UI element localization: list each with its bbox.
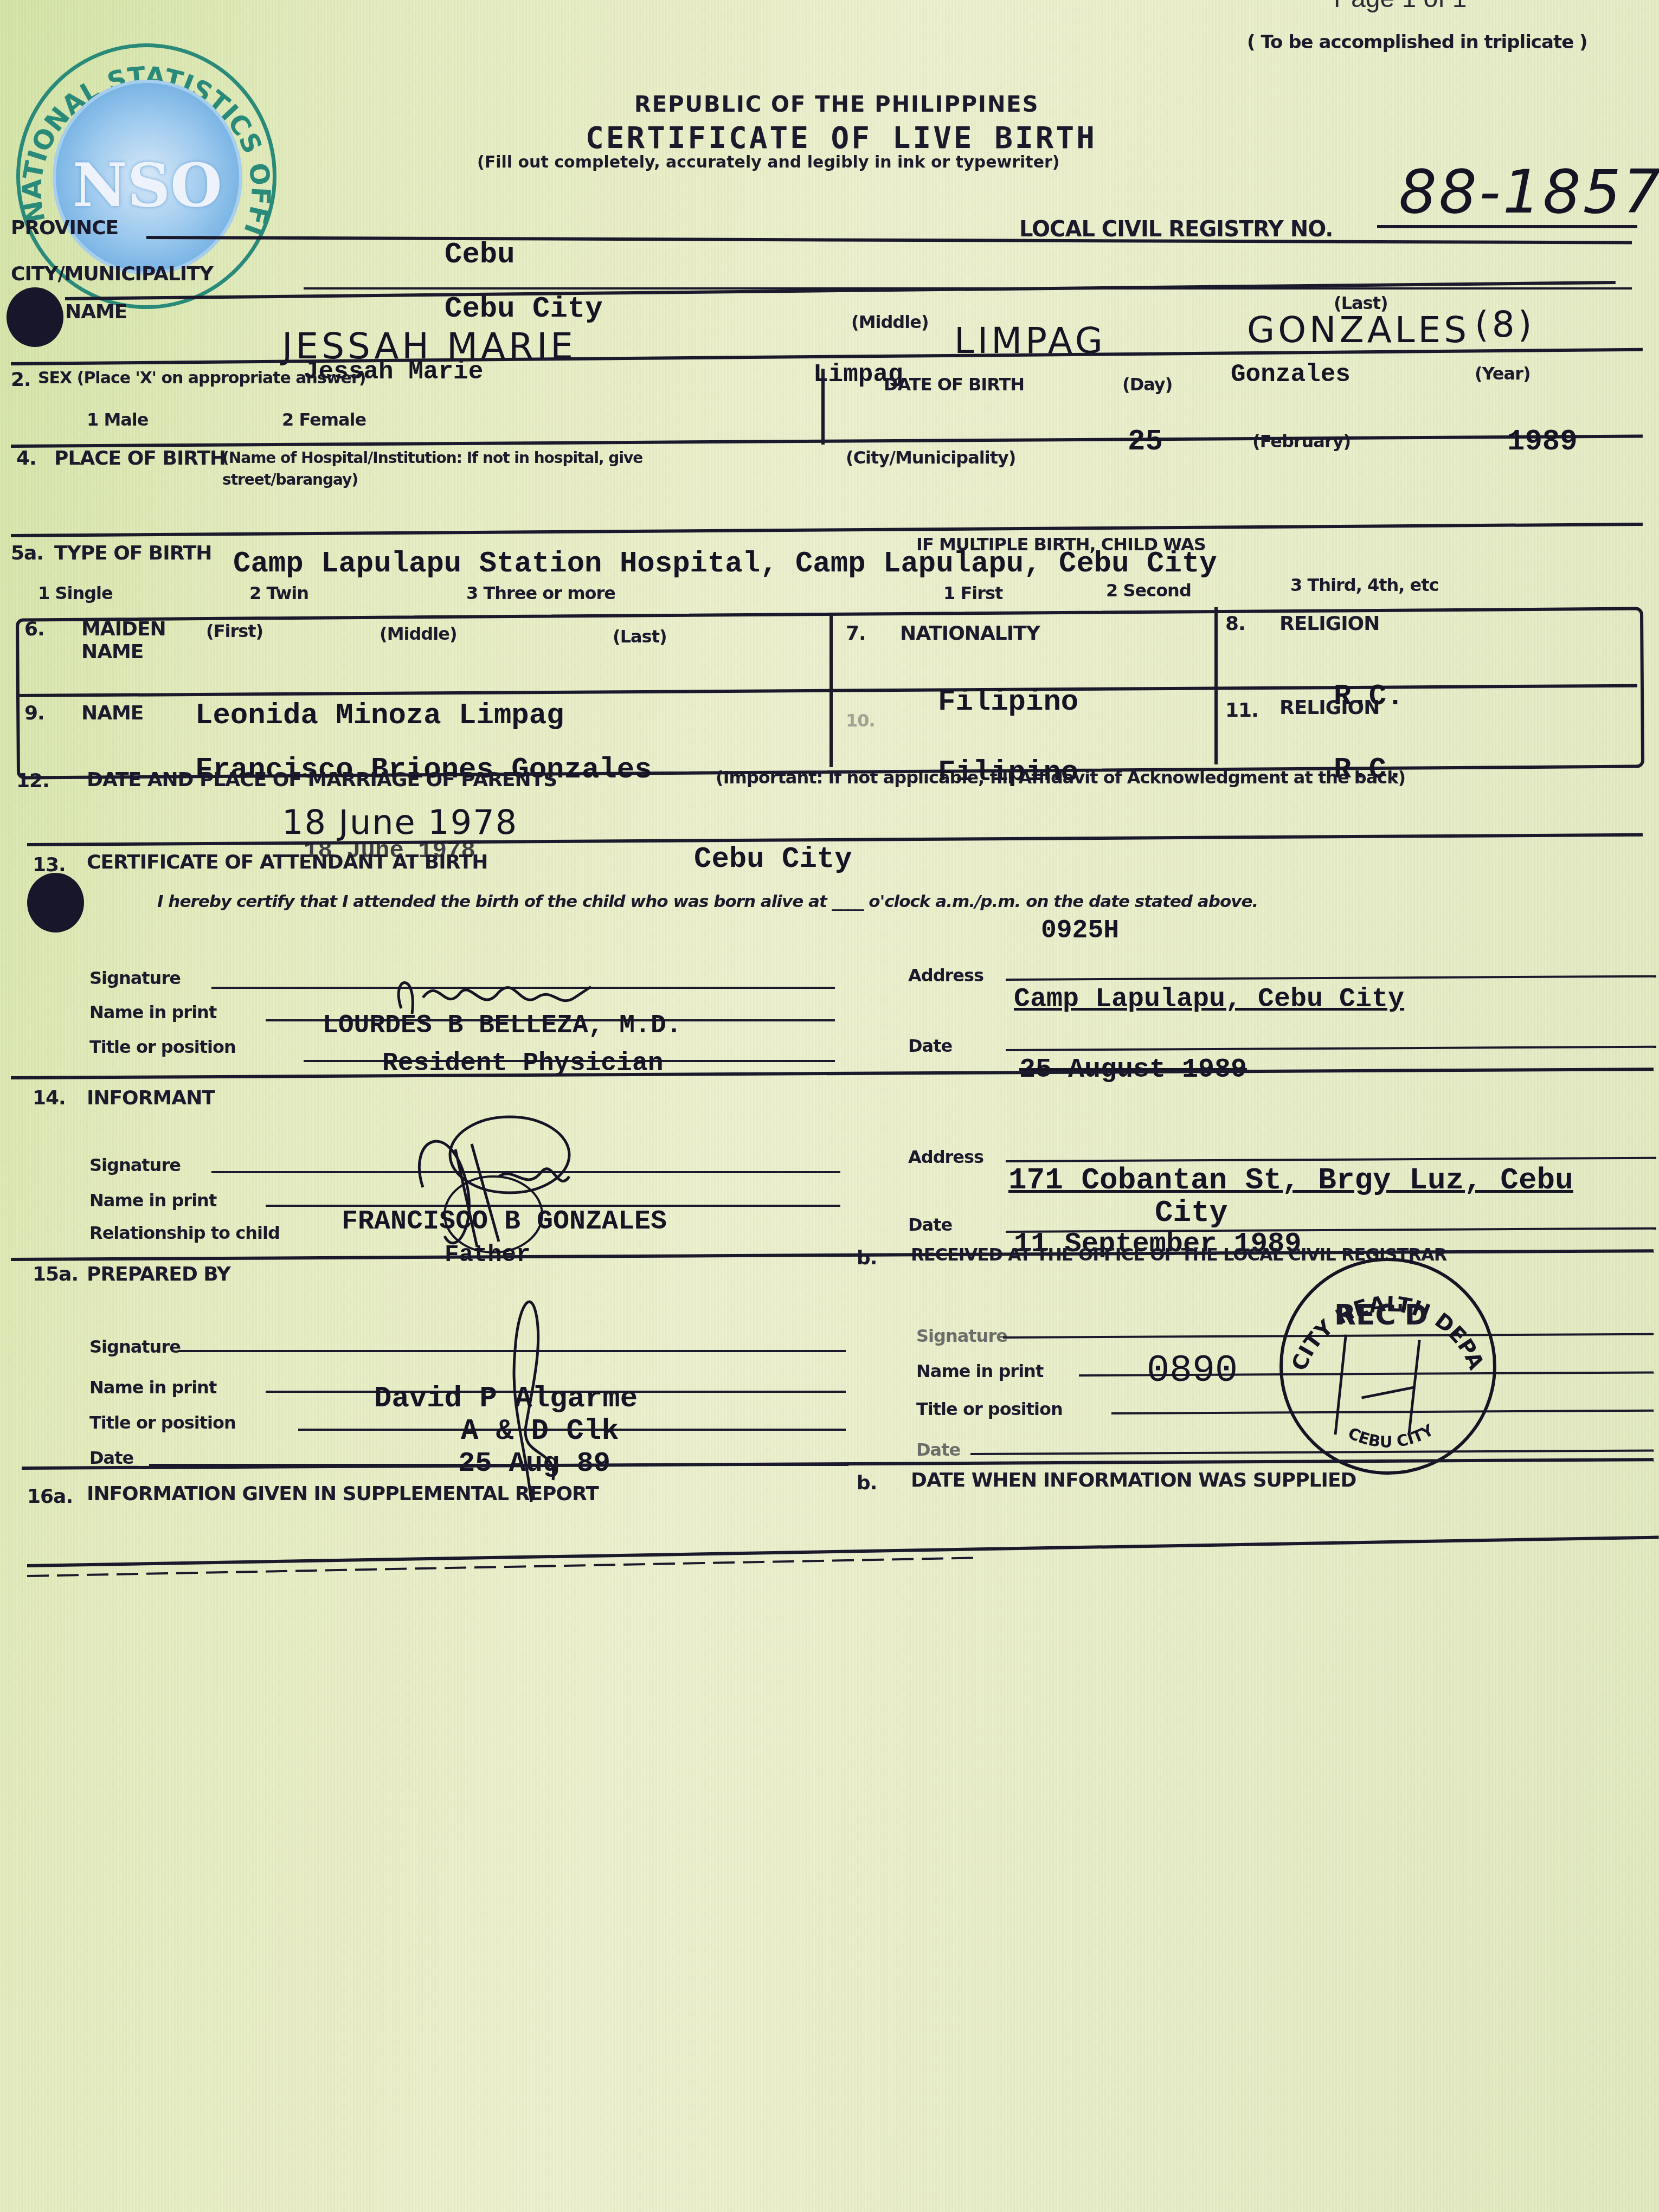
- dob-label: DATE OF BIRTH: [884, 374, 1024, 395]
- prepared-date-label: Date: [89, 1448, 133, 1468]
- republic-heading: REPUBLIC OF THE PHILIPPINES: [634, 92, 1039, 117]
- dob-month-value: (February): [1252, 431, 1351, 452]
- province-label: PROVINCE: [11, 217, 118, 239]
- mother-section-number: 9.: [24, 702, 44, 724]
- svg-text:CEBU CITY: CEBU CITY: [1345, 1420, 1437, 1451]
- sex-section-number: 2.: [11, 369, 31, 391]
- father-last-label: (Last): [613, 626, 667, 647]
- sex-option-male[interactable]: 1 Male: [87, 409, 149, 430]
- received-section-number: b.: [857, 1247, 877, 1269]
- received-title-label: Title or position: [916, 1399, 1063, 1419]
- marriage-note: (Important: If not applicable, fill Affi…: [716, 767, 1405, 788]
- sex-dob-divider: [821, 369, 825, 445]
- supplemental-section-number: 16a.: [27, 1486, 73, 1508]
- child-last-name-handwritten: GONZALES: [1247, 309, 1470, 351]
- multiple-option-third[interactable]: 3 Third, 4th, etc: [1290, 575, 1439, 595]
- attendant-section-number: 13.: [33, 854, 66, 876]
- form-subtitle: (Fill out completely, accurately and leg…: [477, 153, 1060, 172]
- registry-line: [1377, 225, 1637, 228]
- multiple-option-second[interactable]: 2 Second: [1106, 580, 1191, 601]
- type-option-twin[interactable]: 2 Twin: [249, 583, 308, 603]
- received-number-value: 0890: [1147, 1350, 1238, 1393]
- sex-option-female[interactable]: 2 Female: [282, 409, 366, 430]
- seal-acronym: NSO: [53, 150, 242, 220]
- attendant-address-label: Address: [908, 965, 983, 986]
- place-of-birth-value: Camp Lapulapu Station Hospital, Camp Lap…: [233, 548, 1217, 581]
- registry-number: 88-1857: [1399, 157, 1659, 227]
- received-date-label: Date: [916, 1439, 960, 1460]
- attendant-label: CERTIFICATE OF ATTENDANT AT BIRTH: [87, 851, 487, 873]
- father-middle-label: (Middle): [380, 623, 457, 644]
- punch-hole: [27, 873, 84, 933]
- child-name-label: NAME: [65, 301, 127, 323]
- father-religion-label: RELIGION: [1279, 613, 1379, 635]
- type-option-three[interactable]: 3 Three or more: [466, 583, 615, 603]
- prepared-by-label: PREPARED BY: [87, 1263, 230, 1285]
- father-name-label: MAIDEN NAME: [81, 618, 179, 664]
- nationality-divider: [829, 613, 833, 767]
- informant-relationship-label: Relationship to child: [89, 1223, 280, 1243]
- dob-year-value: 1989: [1507, 426, 1578, 459]
- attendant-statement: I hereby certify that I attended the bir…: [157, 892, 1258, 911]
- informant-address-label: Address: [908, 1147, 983, 1167]
- attendant-name-label: Name in print: [89, 1002, 216, 1023]
- stamp-ring-text: CITY HEALTH DEPARTMENT CEBU CITY: [1283, 1261, 1493, 1471]
- received-signature-label: Signature: [916, 1326, 1007, 1346]
- supplied-date-section-number: b.: [857, 1472, 877, 1494]
- religion-divider: [1214, 607, 1218, 764]
- father-nationality-label: NATIONALITY: [900, 622, 1040, 645]
- triplicate-instruction: ( To be accomplished in triplicate ): [1247, 31, 1587, 53]
- city-value: Cebu City: [445, 293, 603, 326]
- attendant-signature-label: Signature: [89, 968, 181, 988]
- middle-label: (Middle): [851, 312, 929, 332]
- mother-nationality-section: 10.: [846, 710, 875, 731]
- type-section-number: 5a.: [11, 542, 43, 564]
- supplied-date-label: DATE WHEN INFORMATION WAS SUPPLIED: [911, 1469, 1356, 1491]
- father-nationality-section: 7.: [846, 622, 866, 645]
- received-name-label: Name in print: [916, 1361, 1043, 1381]
- dob-day-value: 25: [1128, 426, 1163, 459]
- city-label: CITY/MUNICIPALITY: [11, 263, 213, 285]
- page-indicator: Page 1 of 1: [1334, 0, 1467, 14]
- supplemental-label: INFORMATION GIVEN IN SUPPLEMENTAL REPORT: [87, 1483, 599, 1505]
- informant-signature-icon: [390, 1106, 618, 1263]
- mother-religion-value: R.C.: [1334, 680, 1404, 713]
- child-last-name-typed: Gonzales: [1231, 361, 1351, 389]
- father-religion-section: 8.: [1225, 613, 1245, 635]
- birth-time-value: 0925H: [1041, 916, 1119, 946]
- received-stamp-icon: CITY HEALTH DEPARTMENT CEBU CITY REC'D: [1279, 1258, 1496, 1475]
- stamp-recd-text: REC'D: [1334, 1299, 1428, 1332]
- marriage-date-handwritten: 18 June 1978: [282, 802, 518, 842]
- informant-label: INFORMANT: [87, 1087, 215, 1109]
- father-first-label: (First): [206, 621, 263, 641]
- marriage-section-number: 12.: [16, 770, 49, 792]
- sex-label: SEX (Place 'X' on appropriate answer): [38, 369, 365, 388]
- dob-day-label: (Day): [1122, 374, 1172, 395]
- prepared-section-number: 15a.: [33, 1263, 78, 1285]
- prepared-name-label: Name in print: [89, 1377, 216, 1398]
- mother-name-label: NAME: [81, 702, 143, 724]
- mother-name-value: Leonida Minoza Limpag: [195, 699, 564, 732]
- pob-section-number: 4.: [16, 447, 36, 470]
- mother-nationality-value: Filipino: [938, 686, 1078, 719]
- informant-date-label: Date: [908, 1214, 952, 1235]
- attendant-signature-icon: [380, 965, 640, 1030]
- informant-name-label: Name in print: [89, 1190, 216, 1211]
- attendant-date-label: Date: [908, 1036, 952, 1056]
- informant-signature-label: Signature: [89, 1155, 181, 1175]
- marriage-label: DATE AND PLACE OF MARRIAGE OF PARENTS: [87, 769, 557, 791]
- punch-hole: [7, 287, 63, 347]
- pob-label: PLACE OF BIRTH: [54, 447, 226, 470]
- child-name-annotation: (8): [1475, 304, 1535, 345]
- multiple-option-first[interactable]: 1 First: [943, 583, 1002, 603]
- registry-label: LOCAL CIVIL REGISTRY NO.: [1019, 217, 1333, 242]
- dob-year-label: (Year): [1475, 363, 1531, 384]
- prepared-title-label: Title or position: [89, 1412, 236, 1433]
- father-section-number: 6.: [24, 618, 44, 640]
- prepared-signature-label: Signature: [89, 1336, 181, 1357]
- informant-section-number: 14.: [33, 1087, 66, 1109]
- province-value: Cebu: [445, 239, 515, 272]
- seal-center: NSO: [53, 80, 242, 275]
- informant-address-line2: City: [1155, 1195, 1227, 1230]
- type-of-birth-label: TYPE OF BIRTH: [54, 542, 212, 564]
- pob-city-label: (City/Municipality): [846, 447, 1015, 468]
- informant-address-line1: 171 Cobantan St, Brgy Luz, Cebu: [1008, 1163, 1573, 1198]
- prepared-signature-icon: [477, 1285, 596, 1513]
- attendant-address-value: Camp Lapulapu, Cebu City: [1014, 984, 1404, 1015]
- attendant-title-label: Title or position: [89, 1037, 236, 1057]
- marriage-place-value: Cebu City: [694, 843, 852, 876]
- pob-note: (Name of Hospital/Institution: If not in…: [222, 447, 710, 491]
- form-title: CERTIFICATE OF LIVE BIRTH: [586, 120, 1097, 156]
- mother-religion-section: 11.: [1225, 699, 1258, 722]
- type-option-single[interactable]: 1 Single: [38, 583, 113, 603]
